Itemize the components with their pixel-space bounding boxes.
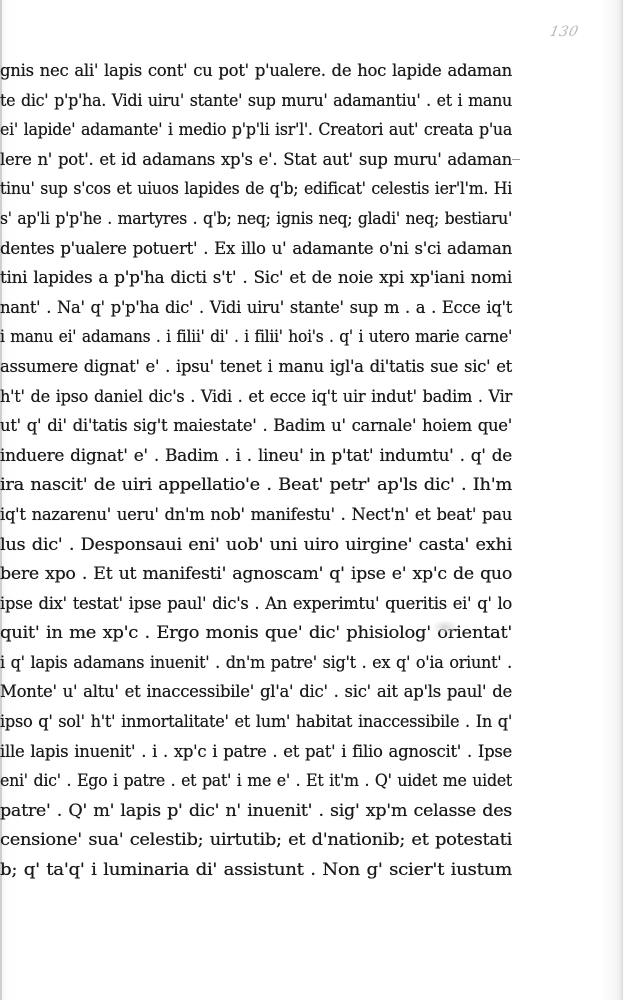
text-line: tini lapides a p'p'ha dicti s't' . Sic' …	[0, 264, 520, 294]
line-text: te dic' p'p'ha. Vidi uiru' stante' sup m…	[0, 87, 512, 117]
manuscript-page: 130 gnis nec ali' lapis cont' cu pot' p'…	[0, 0, 623, 1000]
text-line: lus dic' . Desponsaui eni' uob' uni uiro…	[0, 531, 520, 561]
text-line: censione' sua' celestib; uirtutib; et d'…	[0, 826, 520, 856]
line-text: assumere dignat' e' . ipsu' tenet i manu…	[0, 353, 512, 383]
line-text: gnis nec ali' lapis cont' cu pot' p'uale…	[0, 57, 512, 87]
text-line: dentes p'ualere potuert' . Ex illo u' ad…	[0, 235, 520, 265]
ink-smudge	[432, 620, 458, 634]
line-text: ipse dix' testat' ipse paul' dic's . An …	[0, 590, 512, 620]
text-line: lere n' pot'. et id adamans xp's e'. Sta…	[0, 146, 520, 176]
text-line: ei' lapide' adamante' i medio p'p'li isr…	[0, 116, 520, 146]
line-end-hyphen-mark	[512, 159, 520, 160]
text-line: bere xpo . Et ut manifesti' agnoscam' q'…	[0, 560, 520, 590]
line-text: iq't nazarenu' ueru' dn'm nob' manifestu…	[0, 501, 512, 531]
text-line: ipse dix' testat' ipse paul' dic's . An …	[0, 590, 520, 620]
manuscript-text-block: gnis nec ali' lapis cont' cu pot' p'uale…	[0, 57, 520, 886]
line-text: ei' lapide' adamante' i medio p'p'li isr…	[0, 116, 512, 146]
line-text: b; q' ta'q' i luminaria di' assistunt . …	[0, 856, 512, 886]
line-text: s' ap'li p'p'he . martyres . q'b; neq; i…	[0, 205, 512, 235]
text-line: ut' q' di' di'tatis sig't maiestate' . B…	[0, 412, 520, 442]
line-text: ut' q' di' di'tatis sig't maiestate' . B…	[0, 412, 512, 442]
line-text: ipso q' sol' h't' inmortalitate' et lum'…	[0, 708, 512, 738]
line-text: lere n' pot'. et id adamans xp's e'. Sta…	[0, 146, 512, 176]
line-text: i q' lapis adamans inuenit' . dn'm patre…	[0, 649, 512, 679]
text-line: iq't nazarenu' ueru' dn'm nob' manifestu…	[0, 501, 520, 531]
line-text: patre' . Q' m' lapis p' dic' n' inuenit'…	[0, 797, 512, 827]
line-text: nant' . Na' q' p'p'ha dic' . Vidi uiru' …	[0, 294, 512, 324]
line-text: eni' dic' . Ego i patre . et pat' i me e…	[0, 767, 512, 797]
text-line: patre' . Q' m' lapis p' dic' n' inuenit'…	[0, 797, 520, 827]
line-text: bere xpo . Et ut manifesti' agnoscam' q'…	[0, 560, 512, 590]
text-line: Monte' u' altu' et inaccessibile' gl'a' …	[0, 678, 520, 708]
line-text: induere dignat' e' . Badim . i . lineu' …	[0, 442, 512, 472]
line-text: h't' de ipso daniel dic's . Vidi . et ec…	[0, 383, 512, 413]
line-text: i manu ei' adamans . i filii' di' . i fi…	[0, 323, 512, 353]
text-line: assumere dignat' e' . ipsu' tenet i manu…	[0, 353, 520, 383]
text-line: induere dignat' e' . Badim . i . lineu' …	[0, 442, 520, 472]
line-text: lus dic' . Desponsaui eni' uob' uni uiro…	[0, 531, 512, 561]
text-line: te dic' p'p'ha. Vidi uiru' stante' sup m…	[0, 87, 520, 117]
line-text: censione' sua' celestib; uirtutib; et d'…	[0, 826, 512, 856]
line-text: ira nascit' de uiri appellatio'e . Beat'…	[0, 471, 512, 501]
text-line: eni' dic' . Ego i patre . et pat' i me e…	[0, 767, 520, 797]
text-line: b; q' ta'q' i luminaria di' assistunt . …	[0, 856, 520, 886]
text-line: h't' de ipso daniel dic's . Vidi . et ec…	[0, 383, 520, 413]
text-line: nant' . Na' q' p'p'ha dic' . Vidi uiru' …	[0, 294, 520, 324]
text-line: s' ap'li p'p'he . martyres . q'b; neq; i…	[0, 205, 520, 235]
text-line: i manu ei' adamans . i filii' di' . i fi…	[0, 323, 520, 353]
line-text: Monte' u' altu' et inaccessibile' gl'a' …	[0, 678, 512, 708]
line-text: ille lapis inuenit' . i . xp'c i patre .…	[0, 738, 512, 768]
text-line: ipso q' sol' h't' inmortalitate' et lum'…	[0, 708, 520, 738]
folio-number: 130	[548, 24, 580, 40]
line-text: tinu' sup s'cos et uiuos lapides de q'b;…	[0, 175, 512, 205]
text-line: i q' lapis adamans inuenit' . dn'm patre…	[0, 649, 520, 679]
text-line: ille lapis inuenit' . i . xp'c i patre .…	[0, 738, 520, 768]
text-line: ira nascit' de uiri appellatio'e . Beat'…	[0, 471, 520, 501]
text-line: gnis nec ali' lapis cont' cu pot' p'uale…	[0, 57, 520, 87]
text-line: tinu' sup s'cos et uiuos lapides de q'b;…	[0, 175, 520, 205]
line-text: dentes p'ualere potuert' . Ex illo u' ad…	[0, 235, 512, 265]
line-text: tini lapides a p'p'ha dicti s't' . Sic' …	[0, 264, 512, 294]
